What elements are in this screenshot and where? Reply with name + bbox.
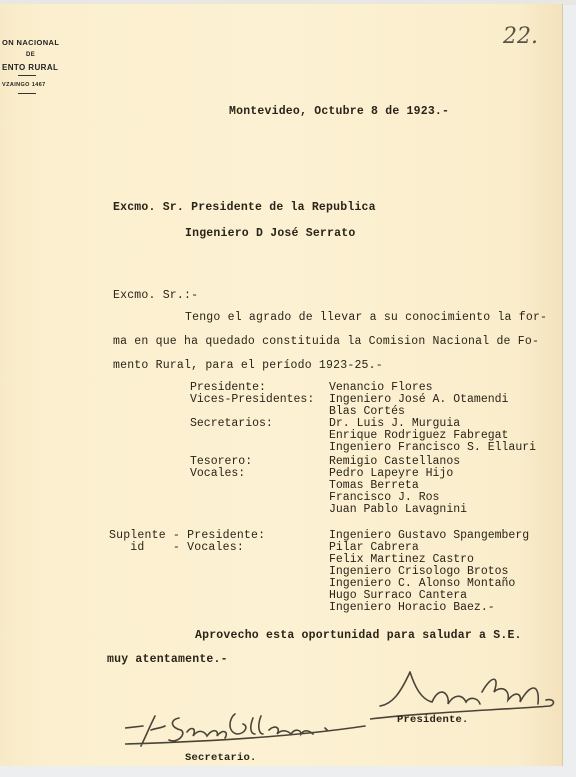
role-label: id - Vocales: <box>109 541 244 554</box>
body-line-3: mento Rural, para el período 1923-25.- <box>113 359 383 372</box>
member-name: Ingeniero Horacio Baez.- <box>329 601 495 614</box>
member-name: Juan Pablo Lavagnini <box>329 503 467 516</box>
addressee-line-1: Excmo. Sr. Presidente de la Republica <box>113 201 376 214</box>
member-name: Ingeniero Francisco S. Ellauri <box>329 441 536 454</box>
role-label: Vocales: <box>190 467 245 480</box>
closing-line-1: Aprovecho esta oportunidad para saludar … <box>195 629 522 642</box>
letterhead-line-3: ENTO RURAL <box>2 63 58 72</box>
body-line-2: ma en que ha quedado constituida la Comi… <box>113 335 539 348</box>
letterhead-divider <box>18 75 36 76</box>
president-title: Presidente. <box>397 714 469 726</box>
salutation: Excmo. Sr.:- <box>113 289 198 302</box>
secretary-signature <box>125 704 375 752</box>
letterhead-line-2: DE <box>26 52 35 58</box>
role-label: Vices-Presidentes: <box>190 393 314 406</box>
secretary-title: Secretario. <box>185 752 257 764</box>
letter-page: ON NACIONAL DE ENTO RURAL VZAINGO 1467 2… <box>0 4 562 766</box>
role-label: Secretarios: <box>190 417 273 430</box>
addressee-line-2: Ingeniero D José Serrato <box>185 227 355 240</box>
letterhead-address: VZAINGO 1467 <box>2 82 46 88</box>
letterhead-divider <box>18 93 36 94</box>
folio-number: 22. <box>503 24 538 49</box>
closing-line-2: muy atentamente.- <box>107 653 228 666</box>
date-line: Montevideo, Octubre 8 de 1923.- <box>229 105 449 118</box>
letterhead-line-1: ON NACIONAL <box>2 38 59 47</box>
body-line-1: Tengo el agrado de llevar a su conocimie… <box>185 311 547 324</box>
